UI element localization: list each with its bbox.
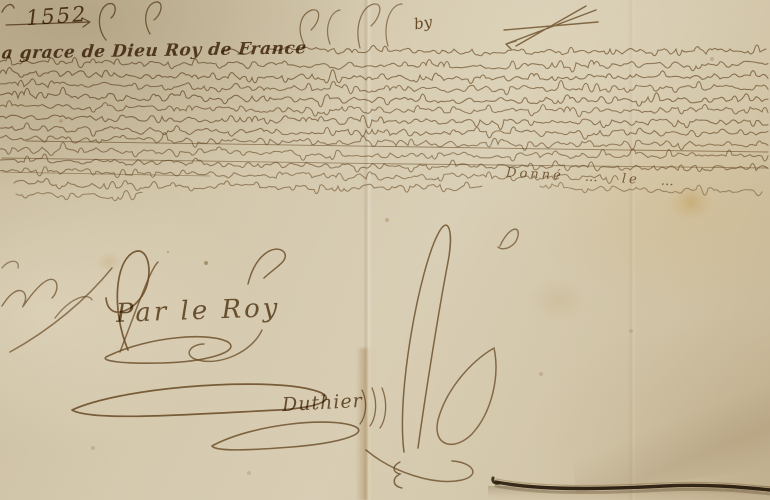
flourish-stroke xyxy=(212,422,359,450)
script-line xyxy=(0,154,768,172)
script-line xyxy=(0,142,768,161)
flourish-stroke xyxy=(248,249,285,284)
flourish-stroke xyxy=(99,3,115,40)
flourish-stroke xyxy=(328,10,340,44)
flourish-stroke xyxy=(402,225,450,452)
script-line xyxy=(268,45,766,56)
flourish-stroke xyxy=(394,462,402,488)
flourish-stroke xyxy=(437,348,496,444)
flourish-stroke xyxy=(360,388,386,428)
parchment-document-photo: 1552 a grace de Dieu Roy de France by Do… xyxy=(0,0,770,500)
script-line xyxy=(0,101,768,117)
script-line xyxy=(0,87,768,106)
flourish-stroke xyxy=(2,5,14,12)
flourish-stroke xyxy=(366,450,473,481)
docket-mark: by xyxy=(413,13,434,34)
script-line xyxy=(0,79,768,95)
script-line xyxy=(0,68,768,84)
signature-par-le-roy: Par le Roy xyxy=(116,293,281,329)
script-line xyxy=(14,179,482,194)
flourish-stroke xyxy=(504,6,598,49)
handwriting-strokes xyxy=(0,0,770,500)
flourish-stroke xyxy=(189,330,262,361)
flourish-stroke xyxy=(498,229,518,249)
flourish-stroke xyxy=(146,2,161,34)
flourish-stroke xyxy=(2,279,57,307)
script-line xyxy=(0,132,768,150)
year-mark: 1552 xyxy=(25,2,88,30)
flourish-stroke xyxy=(2,261,18,268)
script-line xyxy=(16,191,142,201)
flourish-stroke xyxy=(358,4,380,48)
signature-duthier: Duthier xyxy=(281,390,363,416)
flourish-stroke xyxy=(386,4,402,46)
